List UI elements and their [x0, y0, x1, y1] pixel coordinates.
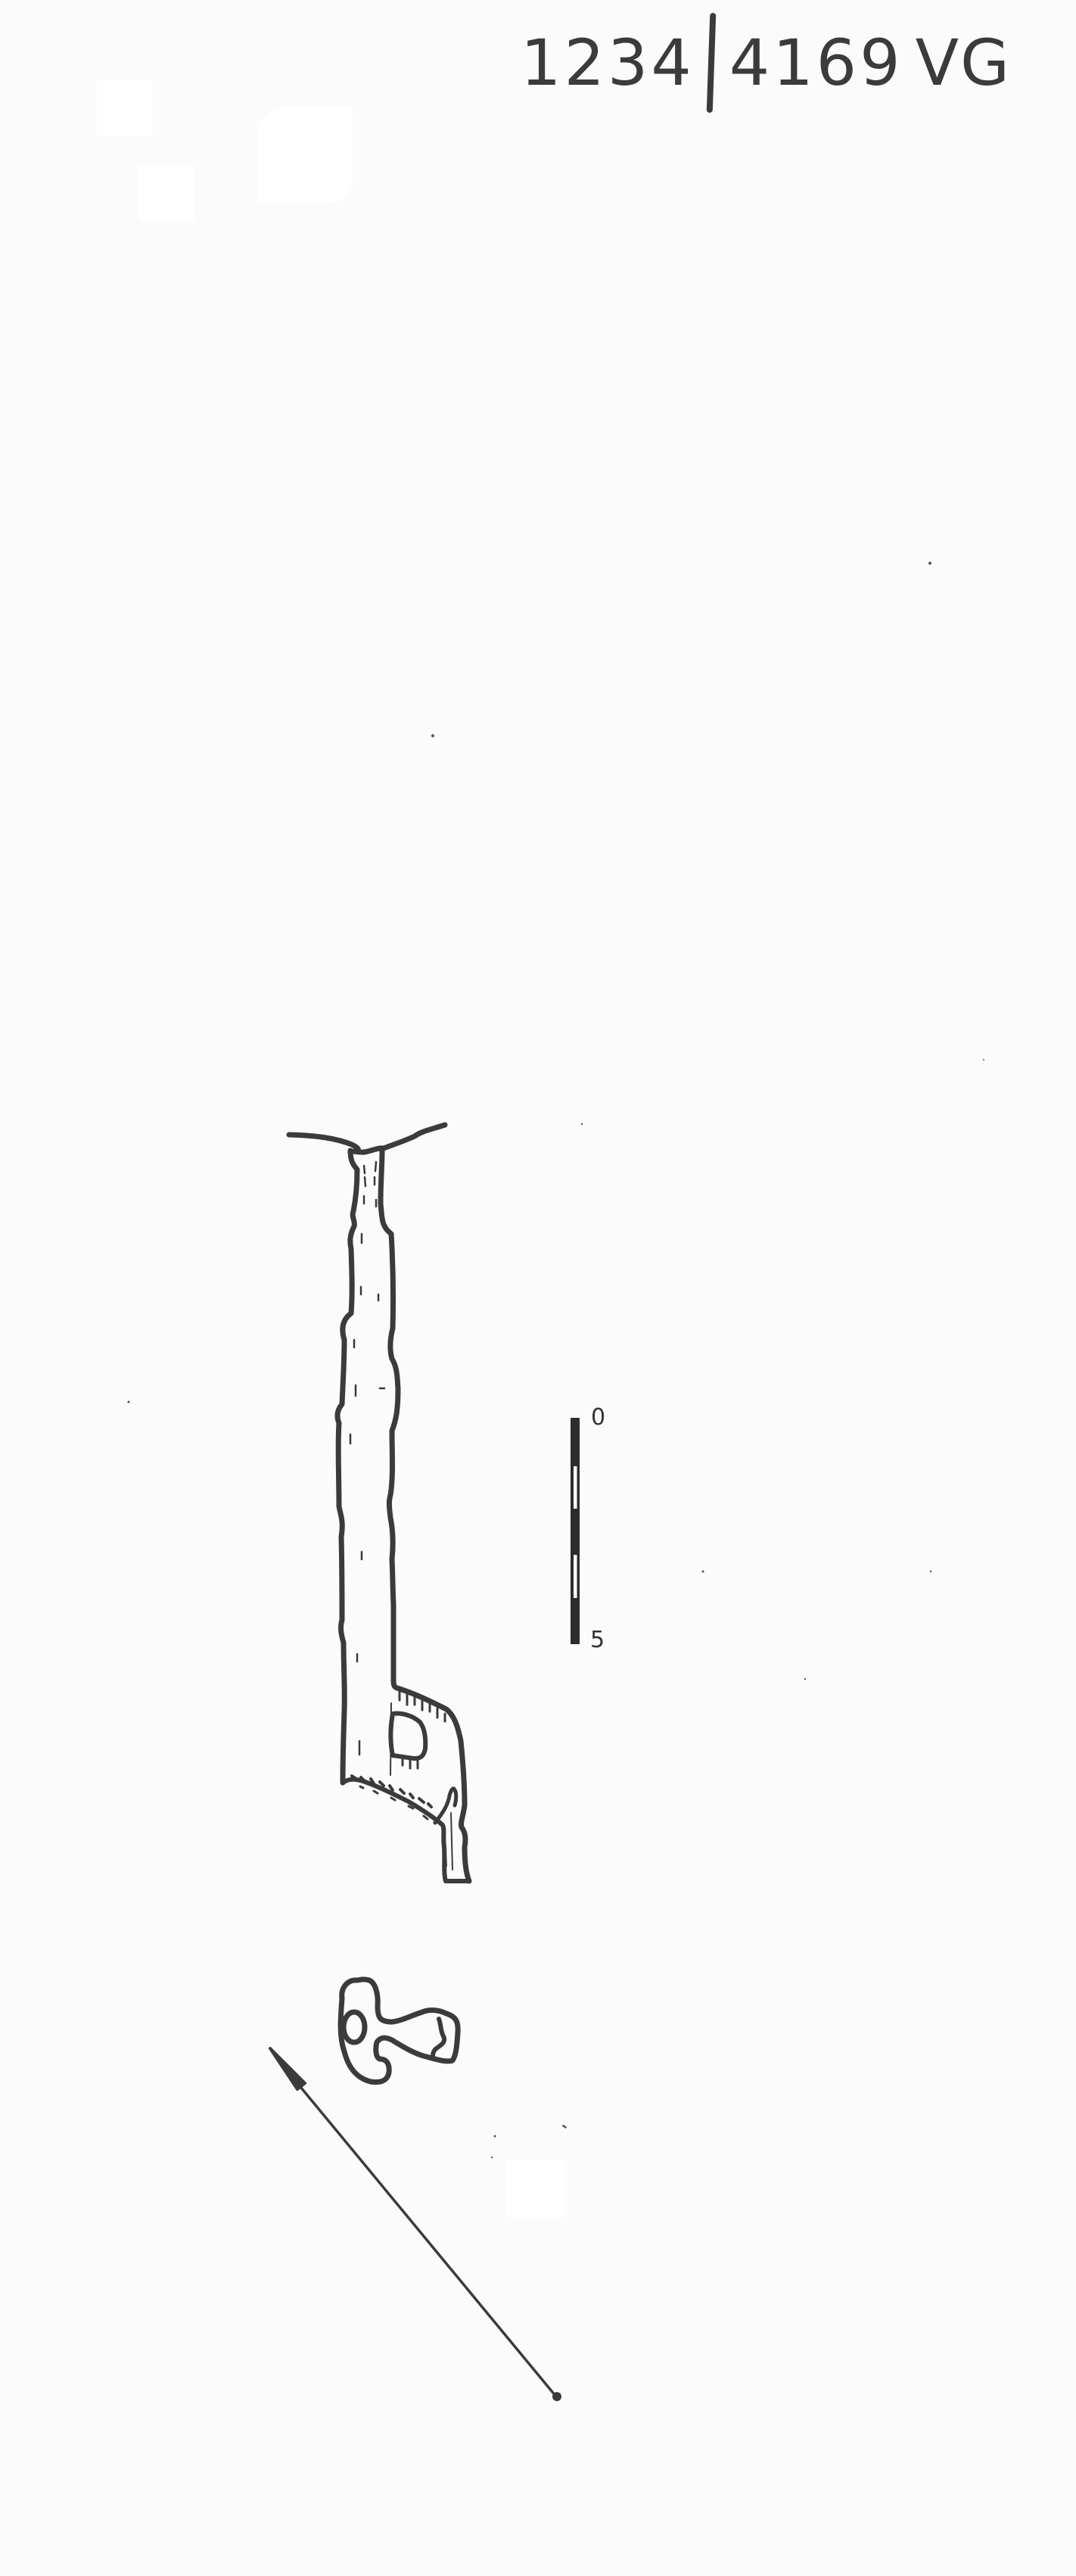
cross-section	[341, 1980, 458, 2082]
direction-arrow	[270, 2048, 561, 2401]
scale-label-end: 5	[590, 1629, 605, 1652]
object-elevation	[289, 1125, 469, 1881]
scale-label-start: 0	[591, 1406, 605, 1429]
paper-specks	[128, 562, 985, 2158]
drawing-canvas	[0, 0, 1076, 2576]
drawing-sheet: 1234 4169 VG	[0, 0, 1076, 2576]
scale-bar	[571, 1418, 580, 1644]
